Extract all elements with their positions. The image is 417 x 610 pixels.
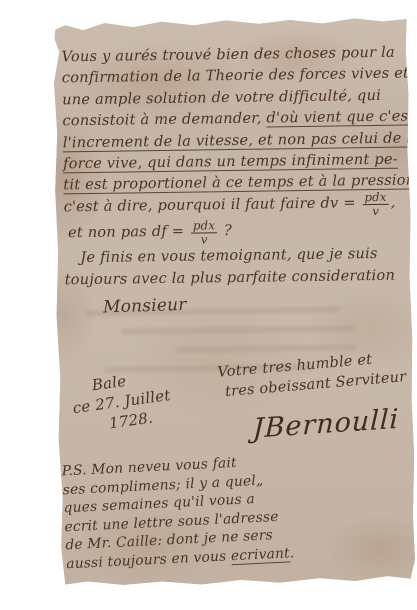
text-run: ecrivant xyxy=(231,545,291,565)
text-run: toujours avec la plus parfaite considera… xyxy=(65,266,396,288)
signature: JBernoulli xyxy=(252,404,399,445)
text-run: Vous y aurés trouvé bien des choses pour… xyxy=(61,44,395,66)
text-run: . xyxy=(289,545,294,561)
text-run: , xyxy=(391,194,396,211)
manuscript-paper: Vous y aurés trouvé bien des choses pour… xyxy=(51,16,416,588)
text-run: ? xyxy=(219,222,232,239)
letter-body: Vous y aurés trouvé bien des choses pour… xyxy=(61,42,409,317)
dateline: Bale ce 27. Juillet 1728. xyxy=(69,365,175,438)
letter-line: c'est à dire, pourquoi il faut faire dv … xyxy=(64,191,408,222)
text-run: et non pas df = xyxy=(68,222,189,241)
text-run: confirmation de la Theorie des forces vi… xyxy=(62,65,409,87)
text-run: une ample solution de votre difficulté, … xyxy=(62,87,381,108)
text-run: d'où vient que c'est xyxy=(266,108,414,128)
text-run: consistoit à me demander, xyxy=(62,110,266,130)
fraction: pdxv xyxy=(362,192,388,218)
letter-line: toujours avec la plus parfaite considera… xyxy=(65,264,409,290)
fraction: pdxv xyxy=(191,220,217,246)
text-run: Je finis en vous temoignant, que je suis xyxy=(80,245,377,266)
postscript: P.S. Mon neveu vous faitses complimens; … xyxy=(61,451,295,574)
text-run: Monsieur xyxy=(103,295,187,318)
text-run: c'est à dire, pourquoi il faut faire dv … xyxy=(64,194,361,215)
scan-page: { "letter": { "language": "French", "pap… xyxy=(0,0,417,610)
